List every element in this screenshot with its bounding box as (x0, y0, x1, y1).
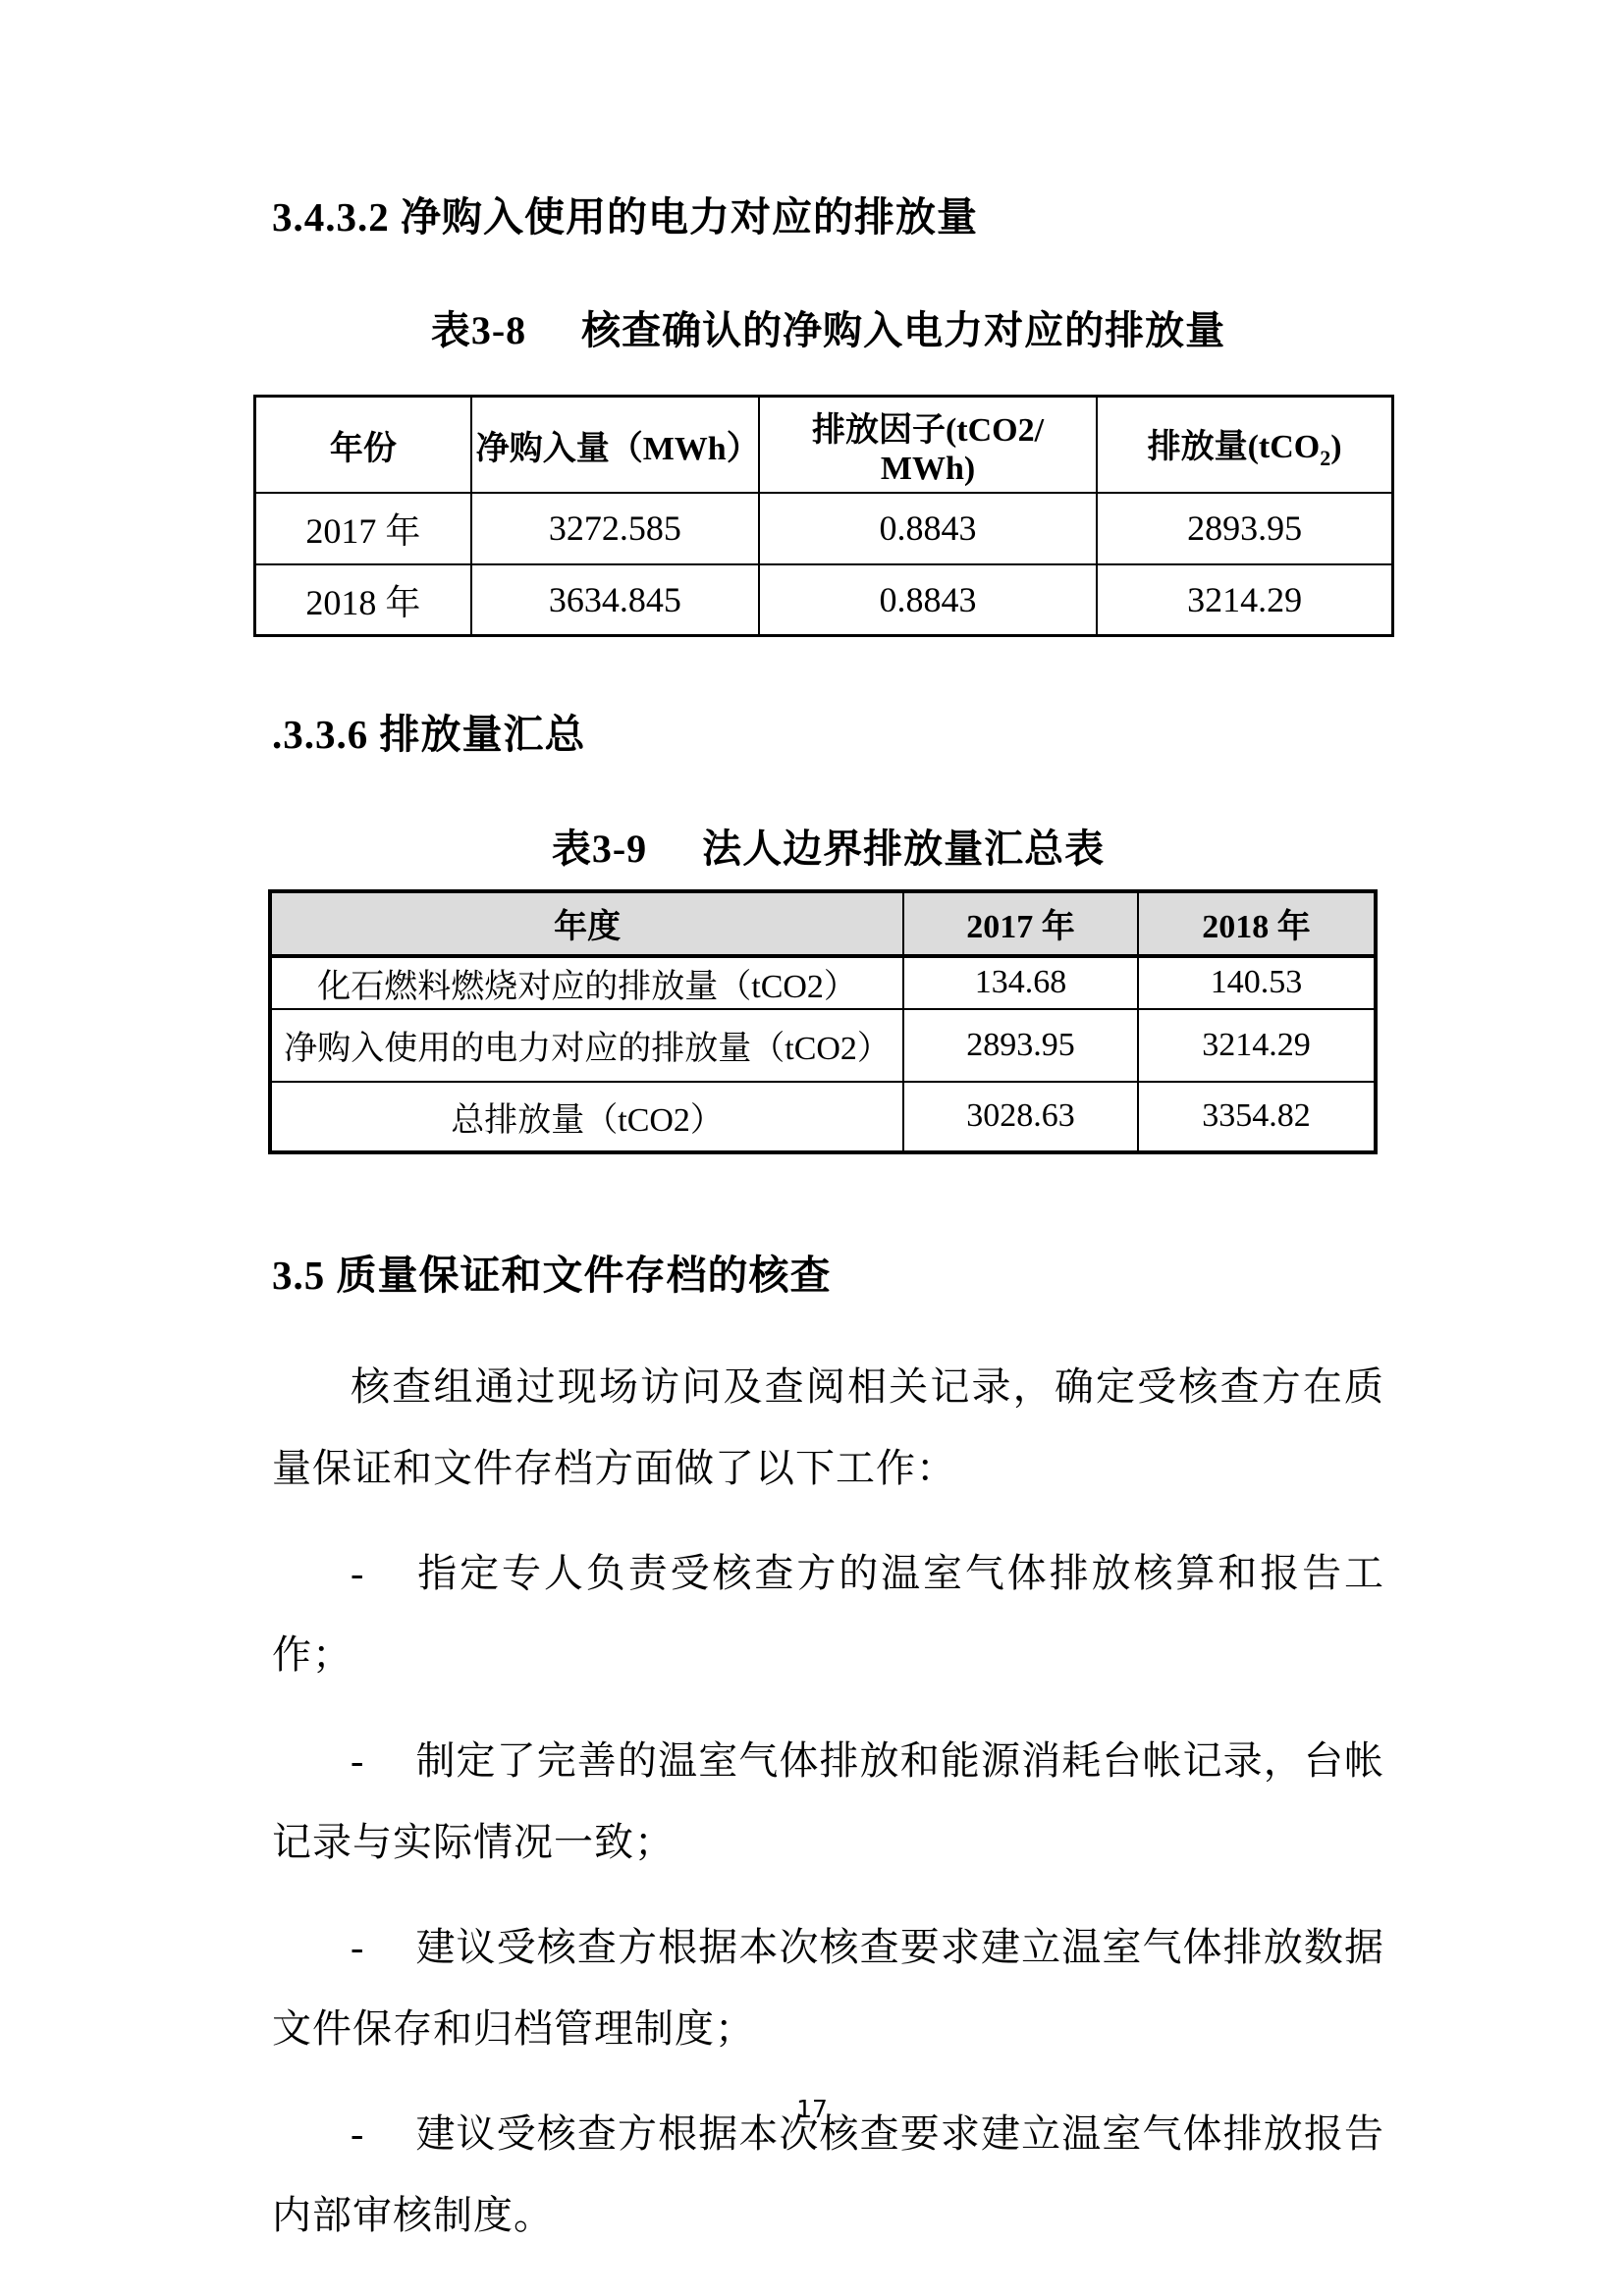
section-heading-3432: 3.4.3.2 净购入使用的电力对应的排放量 (272, 192, 1384, 242)
column-header-2018: 2018 年 (1138, 891, 1376, 956)
bullet-dash: - (351, 1738, 415, 1783)
table-3-8-caption-label: 表3-8 (431, 308, 526, 352)
table-3-9-caption-label: 表3-9 (552, 827, 647, 871)
table-header-row: 年度 2017 年 2018 年 (270, 891, 1376, 956)
column-header-emission-factor: 排放因子(tCO2/ MWh) (759, 397, 1097, 493)
page-number: 17 (0, 2095, 1624, 2123)
table-cell: 2893.95 (903, 1009, 1138, 1082)
table-cell: 3214.29 (1097, 564, 1392, 636)
bullet-text: 建议受核查方根据本次核查要求建立温室气体排放报告内部审核制度。 (272, 2111, 1384, 2237)
table-cell: 2893.95 (1097, 493, 1392, 564)
table-row-2017: 2017 年 3272.585 0.8843 2893.95 (255, 493, 1393, 564)
bullet-item-1: -指定专人负责受核查方的温室气体排放核算和报告工作； (272, 1532, 1384, 1695)
section-heading-336: .3.3.6 排放量汇总 (272, 710, 1384, 760)
table-row-fossil: 化石燃料燃烧对应的排放量（tCO2） 134.68 140.53 (270, 956, 1376, 1009)
bullet-text: 指定专人负责受核查方的温室气体排放核算和报告工作； (272, 1551, 1384, 1677)
section-heading-35: 3.5 质量保证和文件存档的核查 (272, 1251, 1384, 1301)
table-cell: 0.8843 (759, 493, 1097, 564)
table-row-electricity: 净购入使用的电力对应的排放量（tCO2） 2893.95 3214.29 (270, 1009, 1376, 1082)
table-cell: 2018 年 (255, 564, 471, 636)
table-cell: 2017 年 (255, 493, 471, 564)
table-3-9-caption: 表3-9法人边界排放量汇总表 (272, 818, 1384, 874)
bullet-dash: - (351, 1925, 415, 1969)
bullet-item-2: -制定了完善的温室气体排放和能源消耗台帐记录，台帐记录与实际情况一致； (272, 1720, 1384, 1883)
table-cell: 140.53 (1138, 956, 1376, 1009)
table-3-8-caption: 表3-8核查确认的净购入电力对应的排放量 (272, 299, 1384, 355)
column-header-emissions: 排放量(tCO2) (1097, 397, 1392, 493)
table-cell: 0.8843 (759, 564, 1097, 636)
table-row-total: 总排放量（tCO2） 3028.63 3354.82 (270, 1082, 1376, 1152)
column-header-2017: 2017 年 (903, 891, 1138, 956)
column-header-net-purchase: 净购入量（MWh） (471, 397, 759, 493)
document-page: 3.4.3.2 净购入使用的电力对应的排放量 表3-8核查确认的净购入电力对应的… (0, 0, 1624, 2296)
table-cell: 净购入使用的电力对应的排放量（tCO2） (270, 1009, 903, 1082)
table-cell: 134.68 (903, 956, 1138, 1009)
table-3-8: 年份 净购入量（MWh） 排放因子(tCO2/ MWh) 排放量(tCO2) 2… (253, 395, 1394, 637)
column-header-year: 年度 (270, 891, 903, 956)
intro-paragraph: 核查组通过现场访问及查阅相关记录，确定受核查方在质量保证和文件存档方面做了以下工… (272, 1346, 1384, 1509)
bullet-text: 建议受核查方根据本次核查要求建立温室气体排放数据文件保存和归档管理制度； (272, 1925, 1384, 2051)
table-3-9: 年度 2017 年 2018 年 化石燃料燃烧对应的排放量（tCO2） 134.… (268, 889, 1378, 1154)
column-header-year: 年份 (255, 397, 471, 493)
table-cell: 3214.29 (1138, 1009, 1376, 1082)
table-cell: 3634.845 (471, 564, 759, 636)
table-header-row: 年份 净购入量（MWh） 排放因子(tCO2/ MWh) 排放量(tCO2) (255, 397, 1393, 493)
subscript-2: 2 (1320, 445, 1330, 469)
table-cell: 3354.82 (1138, 1082, 1376, 1152)
table-3-8-caption-title: 核查确认的净购入电力对应的排放量 (581, 308, 1225, 352)
table-3-9-caption-title: 法人边界排放量汇总表 (702, 827, 1105, 871)
bullet-text: 制定了完善的温室气体排放和能源消耗台帐记录，台帐记录与实际情况一致； (272, 1738, 1384, 1864)
table-cell: 化石燃料燃烧对应的排放量（tCO2） (270, 956, 903, 1009)
table-cell: 3028.63 (903, 1082, 1138, 1152)
table-cell: 3272.585 (471, 493, 759, 564)
table-row-2018: 2018 年 3634.845 0.8843 3214.29 (255, 564, 1393, 636)
bullet-dash: - (351, 1551, 415, 1595)
bullet-item-3: -建议受核查方根据本次核查要求建立温室气体排放数据文件保存和归档管理制度； (272, 1906, 1384, 2069)
table-cell: 总排放量（tCO2） (270, 1082, 903, 1152)
